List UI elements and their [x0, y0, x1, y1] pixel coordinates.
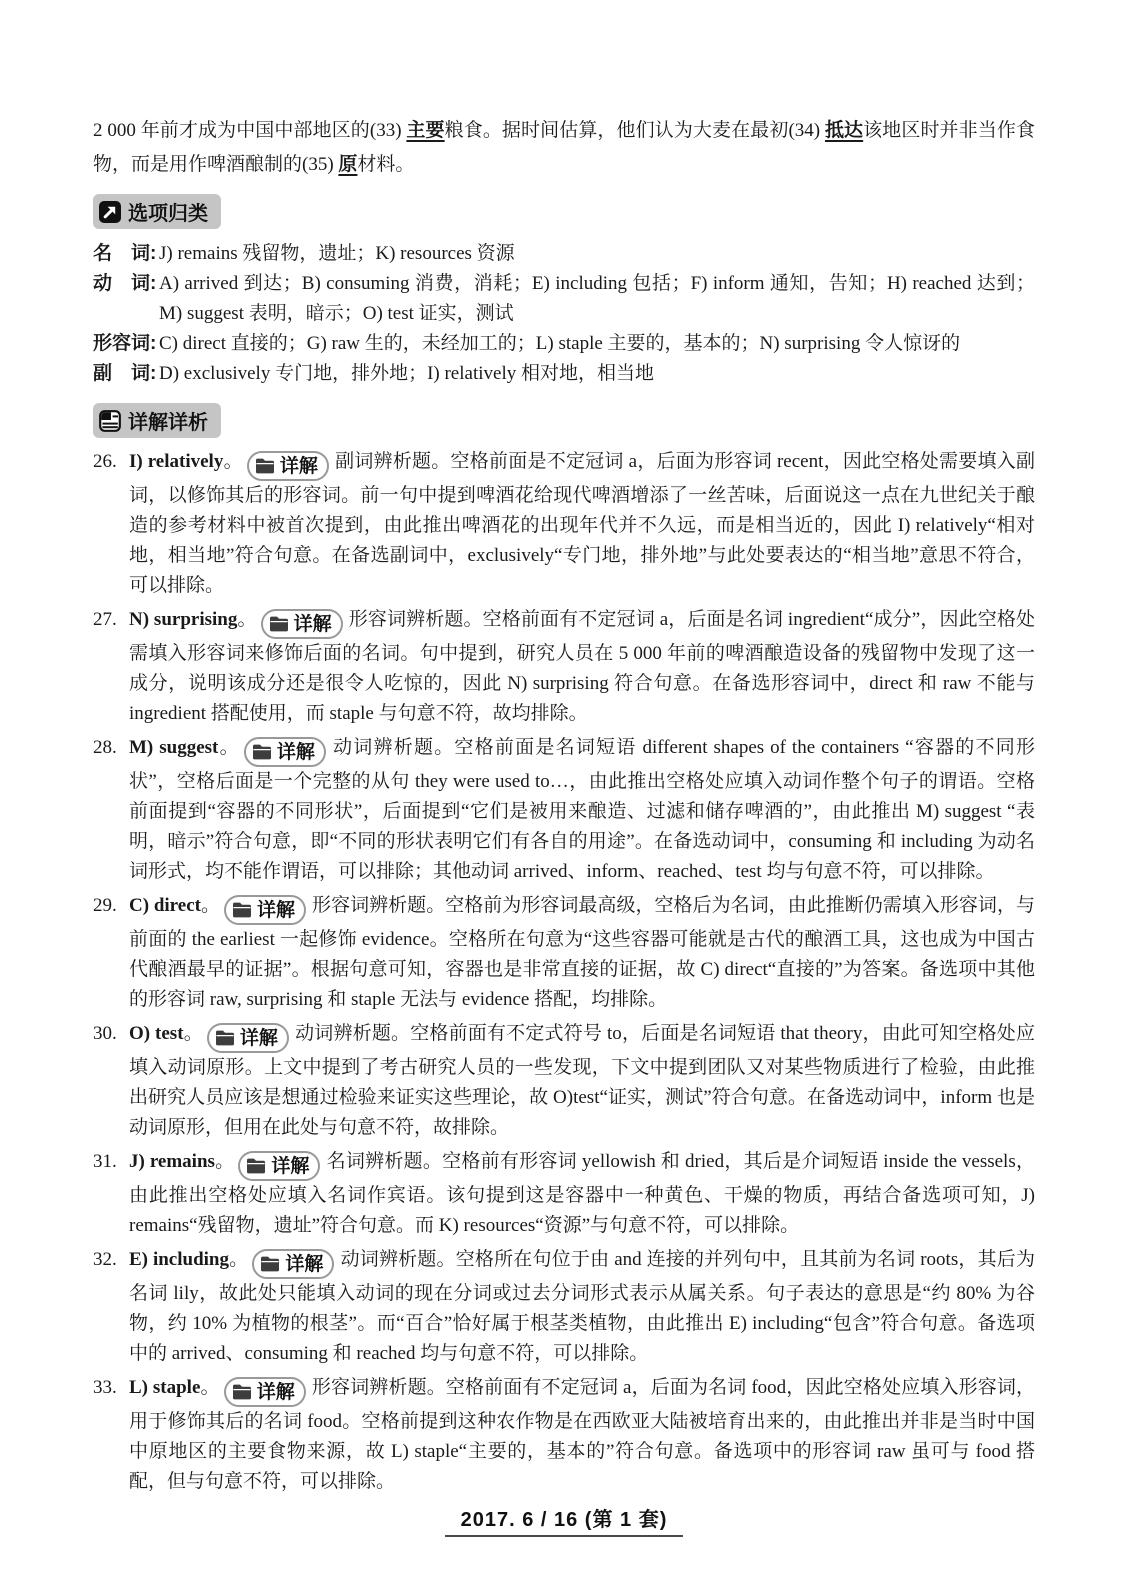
item-number: 29.	[93, 891, 117, 921]
jiexie-badge-label: 详解	[240, 1029, 278, 1048]
arrow-up-right-icon	[99, 201, 121, 223]
jiexie-badge: 详解	[261, 609, 343, 639]
answer-period: 。	[229, 1249, 248, 1270]
jiexie-badge-label: 详解	[271, 1157, 309, 1176]
intro-text: 2 000 年前才成为中国中部地区的(33)	[93, 120, 406, 141]
item-answer: I) relatively	[129, 451, 223, 472]
page-footer: 2017. 6 / 16 (第 1 套)	[93, 1503, 1035, 1537]
explanation-item-29: 29. C) direct。详解形容词辨析题。空格前为形容词最高级，空格后为名词…	[93, 891, 1035, 1015]
explanation-item-30: 30. O) test。详解动词辨析题。空格前面有不定式符号 to，后面是名词短…	[93, 1019, 1035, 1143]
document-page: 2 000 年前才成为中国中部地区的(33) 主要粮食。据时间估算，他们认为大麦…	[93, 0, 1035, 1537]
jiexie-badge-label: 详解	[257, 901, 295, 920]
explanation-item-27: 27. N) surprising。详解形容词辨析题。空格前面有不定冠词 a，后…	[93, 605, 1035, 729]
item-answer: C) direct	[129, 895, 201, 916]
intro-text: 材料。	[357, 154, 414, 175]
item-answer: J) remains	[129, 1151, 215, 1172]
explanation-item-26: 26. I) relatively。详解副词辨析题。空格前面是不定冠词 a，后面…	[93, 447, 1035, 601]
word-class-content: J) remains 残留物，遗址；K) resources 资源	[159, 239, 1035, 269]
folder-icon	[215, 1030, 235, 1046]
section-badge-label: 选项归类	[128, 197, 208, 226]
folder-icon	[246, 1158, 266, 1174]
item-number: 28.	[93, 733, 117, 763]
item-number: 26.	[93, 447, 117, 477]
word-class-content: D) exclusively 专门地，排外地；I) relatively 相对地…	[159, 359, 1035, 389]
jiexie-badge-label: 详解	[280, 457, 318, 476]
explanation-item-28: 28. M) suggest。详解动词辨析题。空格前面是名词短语 differe…	[93, 733, 1035, 887]
item-number: 31.	[93, 1147, 117, 1177]
jiexie-badge: 详解	[224, 1377, 306, 1407]
answer-period: 。	[223, 451, 242, 472]
word-class-label: 动 词:	[93, 269, 159, 329]
item-number: 30.	[93, 1019, 117, 1049]
intro-text: 粮食。据时间估算，他们认为大麦在最初(34)	[445, 120, 825, 141]
answer-period: 。	[201, 895, 220, 916]
blank-answer-35: 原	[338, 154, 357, 175]
blank-answer-33: 主要	[406, 120, 444, 141]
explanation-item-31: 31. J) remains。详解名词辨析题。空格前有形容词 yellowish…	[93, 1147, 1035, 1241]
folder-icon	[232, 902, 252, 918]
folder-icon	[255, 458, 275, 474]
item-answer: M) suggest	[129, 737, 218, 758]
item-answer: E) including	[129, 1249, 229, 1270]
jiexie-badge: 详解	[247, 451, 329, 481]
folder-icon	[260, 1256, 280, 1272]
explanation-item-33: 33. L) staple。详解形容词辨析题。空格前面有不定冠词 a，后面为名词…	[93, 1373, 1035, 1497]
jiexie-badge: 详解	[207, 1023, 289, 1053]
explanation-list: 26. I) relatively。详解副词辨析题。空格前面是不定冠词 a，后面…	[93, 447, 1035, 1497]
notebook-icon	[99, 410, 121, 432]
word-class-label: 副 词:	[93, 359, 159, 389]
intro-paragraph: 2 000 年前才成为中国中部地区的(33) 主要粮食。据时间估算，他们认为大麦…	[93, 114, 1035, 182]
jiexie-badge: 详解	[252, 1249, 334, 1279]
word-class-label: 形容词:	[93, 329, 159, 359]
page-footer-text: 2017. 6 / 16 (第 1 套)	[445, 1503, 684, 1537]
jiexie-badge: 详解	[238, 1151, 320, 1181]
jiexie-badge-label: 详解	[257, 1383, 295, 1402]
word-row-adverb: 副 词: D) exclusively 专门地，排外地；I) relativel…	[93, 359, 1035, 389]
section-badge-label: 详解详析	[128, 406, 208, 435]
word-row-verb: 动 词: A) arrived 到达；B) consuming 消费，消耗；E)…	[93, 269, 1035, 329]
item-number: 32.	[93, 1245, 117, 1275]
jiexie-badge-label: 详解	[294, 615, 332, 634]
options-list: 名 词: J) remains 残留物，遗址；K) resources 资源 动…	[93, 239, 1035, 389]
answer-period: 。	[215, 1151, 235, 1172]
explanation-item-32: 32. E) including。详解动词辨析题。空格所在句位于由 and 连接…	[93, 1245, 1035, 1369]
answer-period: 。	[237, 609, 256, 630]
folder-icon	[252, 744, 272, 760]
item-number: 33.	[93, 1373, 117, 1403]
answer-period: 。	[200, 1377, 219, 1398]
item-answer: O) test	[129, 1023, 184, 1044]
folder-icon	[232, 1384, 252, 1400]
folder-icon	[269, 616, 289, 632]
jiexie-badge-label: 详解	[285, 1255, 323, 1274]
word-class-content: C) direct 直接的；G) raw 生的，未经加工的；L) staple …	[159, 329, 1035, 359]
word-row-noun: 名 词: J) remains 残留物，遗址；K) resources 资源	[93, 239, 1035, 269]
item-number: 27.	[93, 605, 117, 635]
jiexie-badge: 详解	[244, 737, 326, 767]
word-class-label: 名 词:	[93, 239, 159, 269]
answer-period: 。	[184, 1023, 203, 1044]
word-row-adjective: 形容词: C) direct 直接的；G) raw 生的，未经加工的；L) st…	[93, 329, 1035, 359]
blank-answer-34: 抵达	[825, 120, 863, 141]
jiexie-badge-label: 详解	[277, 743, 315, 762]
section-badge-explanations: 详解详析	[93, 403, 221, 438]
answer-period: 。	[218, 737, 239, 758]
item-answer: N) surprising	[129, 609, 237, 630]
jiexie-badge: 详解	[224, 895, 306, 925]
section-badge-options: 选项归类	[93, 194, 221, 229]
word-class-content: A) arrived 到达；B) consuming 消费，消耗；E) incl…	[159, 269, 1035, 329]
item-answer: L) staple	[129, 1377, 200, 1398]
